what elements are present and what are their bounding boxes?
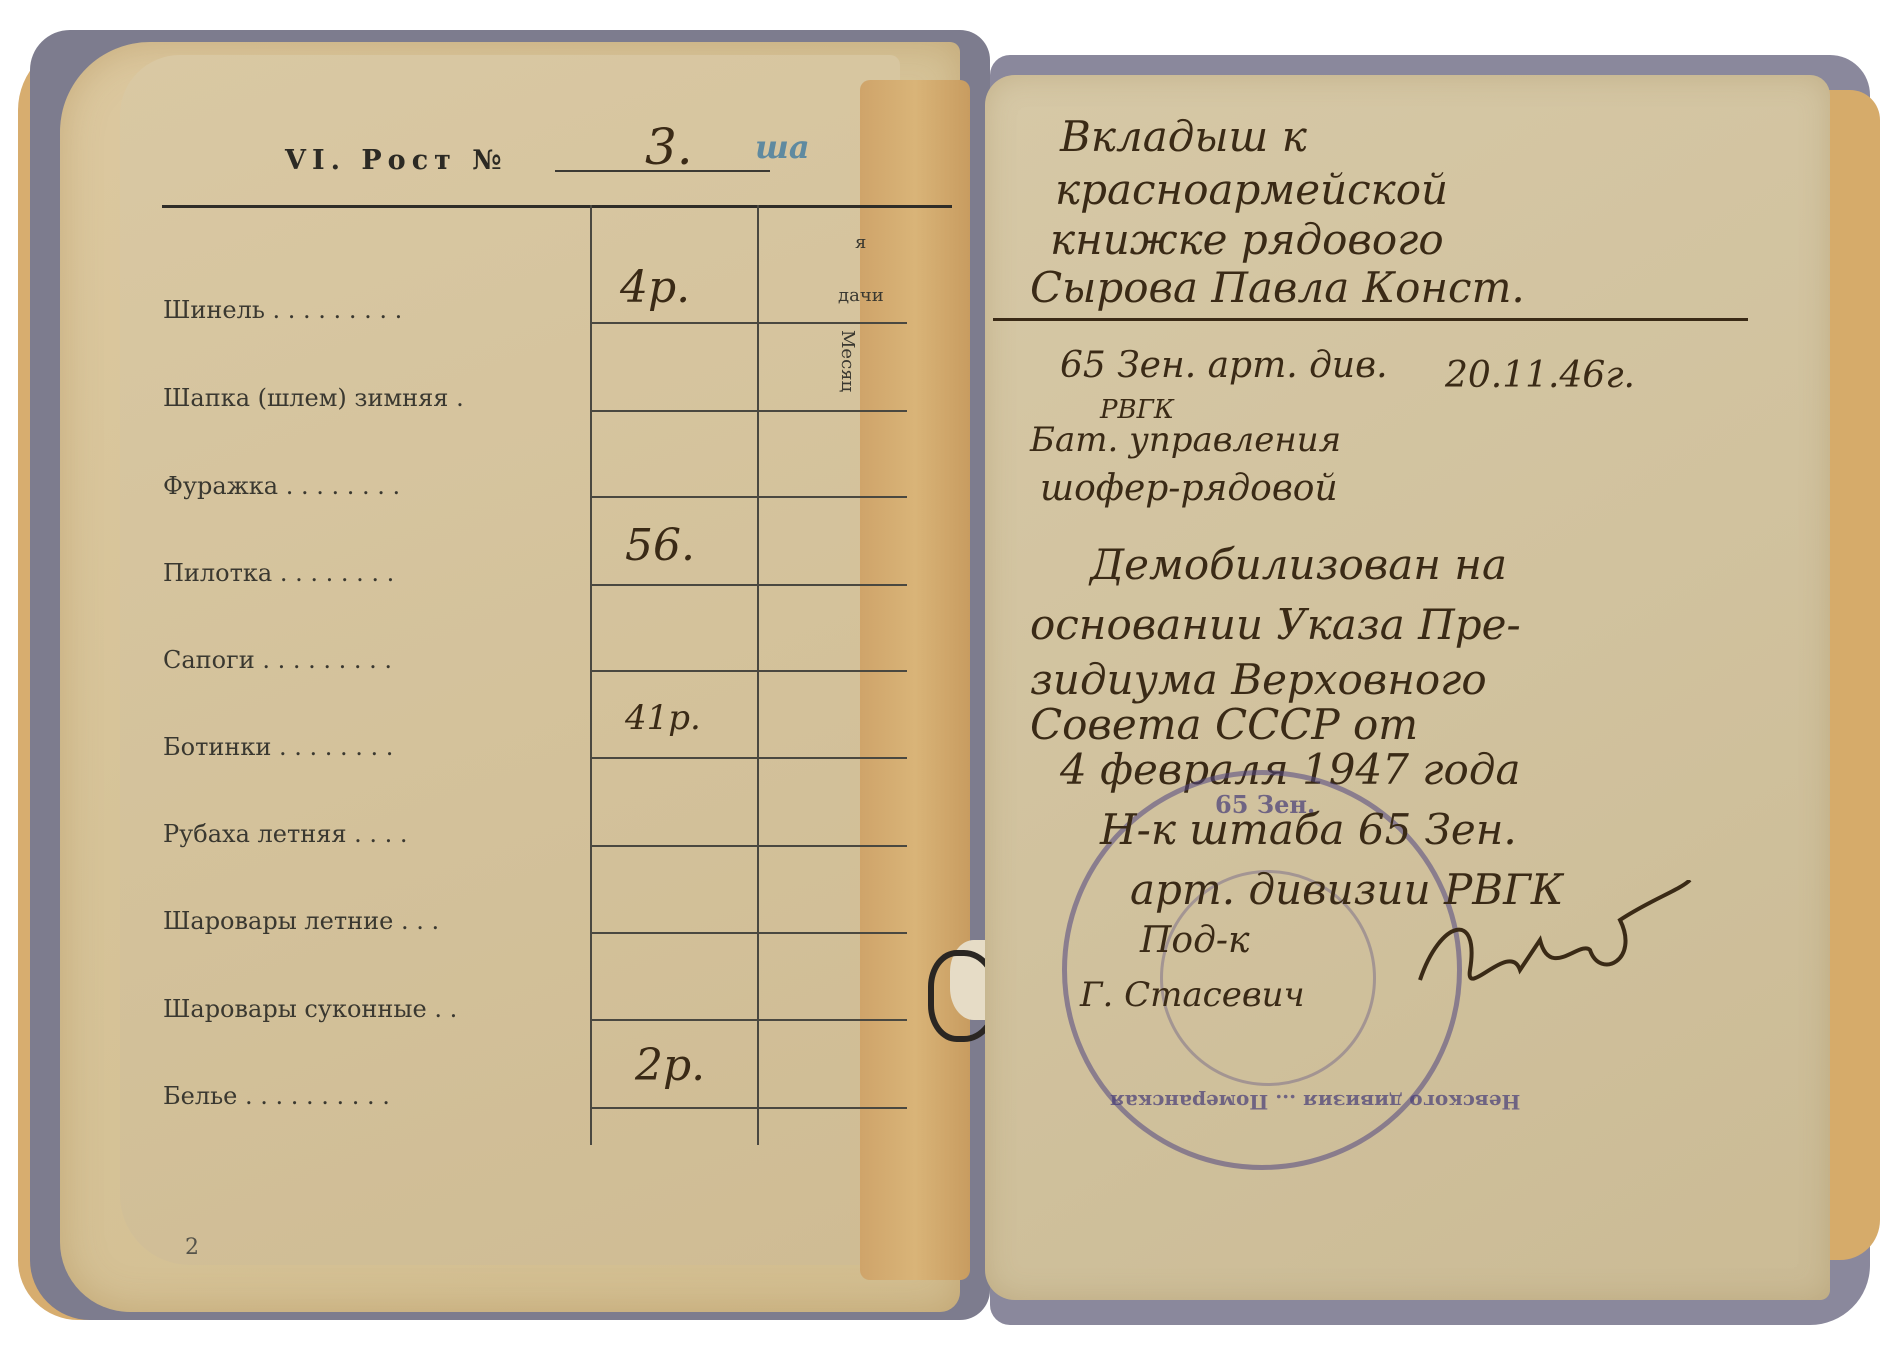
table-column-divider [757,205,759,1145]
row-label: Рубаха летняя . . . . [163,820,408,848]
table-column-divider [590,205,592,1145]
table-top-rule [162,205,952,208]
row-line [592,496,907,498]
position: шофер-рядовой [1040,468,1338,509]
row-value: 2р. [635,1040,705,1091]
row-line [592,410,907,412]
row-line [592,1019,907,1021]
row-label: Ботинки . . . . . . . . [163,733,393,761]
unit-date: 20.11.46г. [1445,355,1635,396]
side-header: я [855,232,866,253]
row-label: Белье . . . . . . . . . . [163,1082,390,1110]
row-line [592,932,907,934]
row-label: Шапка (шлем) зимняя . [163,384,464,412]
stamp-bottom-text: Невского дивизия ... Померанская [1110,1090,1520,1114]
row-label: Шаровары летние . . . [163,907,439,935]
body-line: Совета СССР от [1030,700,1418,749]
signature-scrawl [1400,880,1700,1010]
row-value: 4р. [620,262,690,313]
signature-line: Н-к штаба 65 Зен. [1100,805,1517,854]
heading-line: красноармейской [1055,165,1448,214]
side-header: дачи [838,285,884,306]
row-line [592,1107,907,1109]
row-line [592,670,907,672]
body-line: зидиума Верховного [1030,655,1487,704]
heading-line: Сырова Павла Конст. [1030,263,1525,312]
side-header: Месяц [837,330,858,392]
row-line [592,322,907,324]
body-line: Демобилизован на [1090,540,1507,589]
row-line [592,757,907,759]
row-line [592,845,907,847]
rost-value: 3. [645,118,693,176]
row-label: Пилотка . . . . . . . . [163,559,394,587]
section-title: VI. Рост № [285,145,508,176]
rost-stamp: ша [755,128,810,166]
row-line [592,584,907,586]
signature-name: Г. Стасевич [1080,975,1305,1015]
page-number: 2 [185,1235,199,1260]
row-label: Сапоги . . . . . . . . . [163,646,392,674]
row-label: Фуражка . . . . . . . . [163,472,400,500]
row-value: 56. [625,520,695,571]
row-label: Шаровары суконные . . [163,995,457,1023]
battalion: Бат. управления [1030,420,1341,460]
signature-line: Под-к [1140,920,1250,961]
torn-page-strip [860,80,970,1280]
heading-line: книжке рядового [1050,215,1444,264]
row-value: 41р. [625,698,701,738]
heading-rule [993,318,1748,321]
row-label: Шинель . . . . . . . . . [163,296,402,324]
heading-line: Вкладыш к [1060,112,1307,161]
unit-line: 65 Зен. арт. див. [1060,345,1388,386]
body-line: основании Указа Пре- [1030,600,1521,649]
